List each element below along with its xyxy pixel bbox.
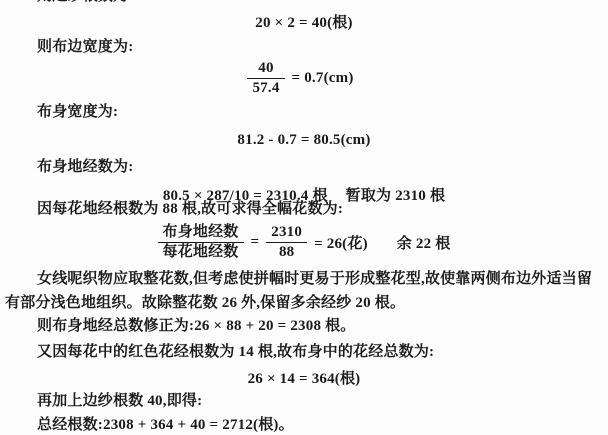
body-width-formula-row: 81.2 - 0.7 = 80.5(cm) (0, 132, 608, 149)
selvage-width-fraction: 40 57.4 (247, 60, 284, 97)
fraction-numerator: 布身地经数 (158, 224, 244, 243)
body-width-label: 布身宽度为: (37, 104, 118, 121)
red-ends-formula-row: 26 × 14 = 364(根) (0, 367, 608, 388)
pattern-value-fraction: 2310 88 (266, 224, 307, 261)
selvage-count-formula-row: 20 × 2 = 40(根) (0, 11, 608, 32)
body-ends-note: 暂取为 2310 根 (346, 184, 446, 205)
body-width-formula: 81.2 - 0.7 = 80.5(cm) (237, 132, 370, 149)
selvage-width-label: 则布边宽度为: (37, 39, 133, 56)
total-ends-line: 总经根数:2308 + 364 + 40 = 2712(根)。 (37, 417, 294, 434)
paragraph-line-2: 有部分浅色地组织。故除整花数 26 外,保留多余经纱 20 根。 (5, 295, 405, 312)
add-selvage-line: 再加上边纱根数 40,即得: (37, 393, 202, 410)
pattern-term-fraction: 布身地经数 每花地经数 (158, 224, 244, 261)
clipped-top-line: 则边纱根数为: (37, 0, 133, 5)
fraction-denominator: 88 (266, 243, 307, 261)
corrected-total-line: 则布身地经总数修正为:26 × 88 + 20 = 2308 根。 (37, 318, 356, 335)
red-ends-line: 又因每花中的红色花经根数为 14 根,故布身中的花经总数为: (37, 344, 434, 361)
selvage-width-formula-row: 40 57.4 = 0.7(cm) (0, 60, 608, 97)
pattern-intro-line: 因每花地经根数为 88 根,故可求得全幅花数为: (37, 201, 343, 218)
fraction-denominator: 每花地经数 (158, 243, 244, 261)
document-page: 则边纱根数为: 20 × 2 = 40(根) 则布边宽度为: 40 57.4 =… (0, 0, 608, 435)
pattern-count-result: = 26(花) (314, 232, 368, 253)
pattern-count-remainder: 余 22 根 (397, 232, 451, 253)
body-ends-label: 布身地经数为: (37, 159, 133, 176)
fraction-denominator: 57.4 (247, 79, 284, 97)
equals-sign: = (251, 234, 260, 251)
fraction-numerator: 2310 (266, 224, 307, 243)
selvage-width-result: = 0.7(cm) (292, 70, 354, 87)
selvage-count-formula: 20 × 2 = 40(根) (255, 11, 352, 32)
paragraph-line-1: 女线呢织物应取整花数,但考虑使拼幅时更易于形成整花型,故使靠两侧布边外适当留 (37, 271, 592, 288)
pattern-count-formula-row: 布身地经数 每花地经数 = 2310 88 = 26(花) 余 22 根 (0, 224, 608, 261)
fraction-numerator: 40 (247, 60, 284, 79)
red-ends-formula: 26 × 14 = 364(根) (248, 367, 361, 388)
